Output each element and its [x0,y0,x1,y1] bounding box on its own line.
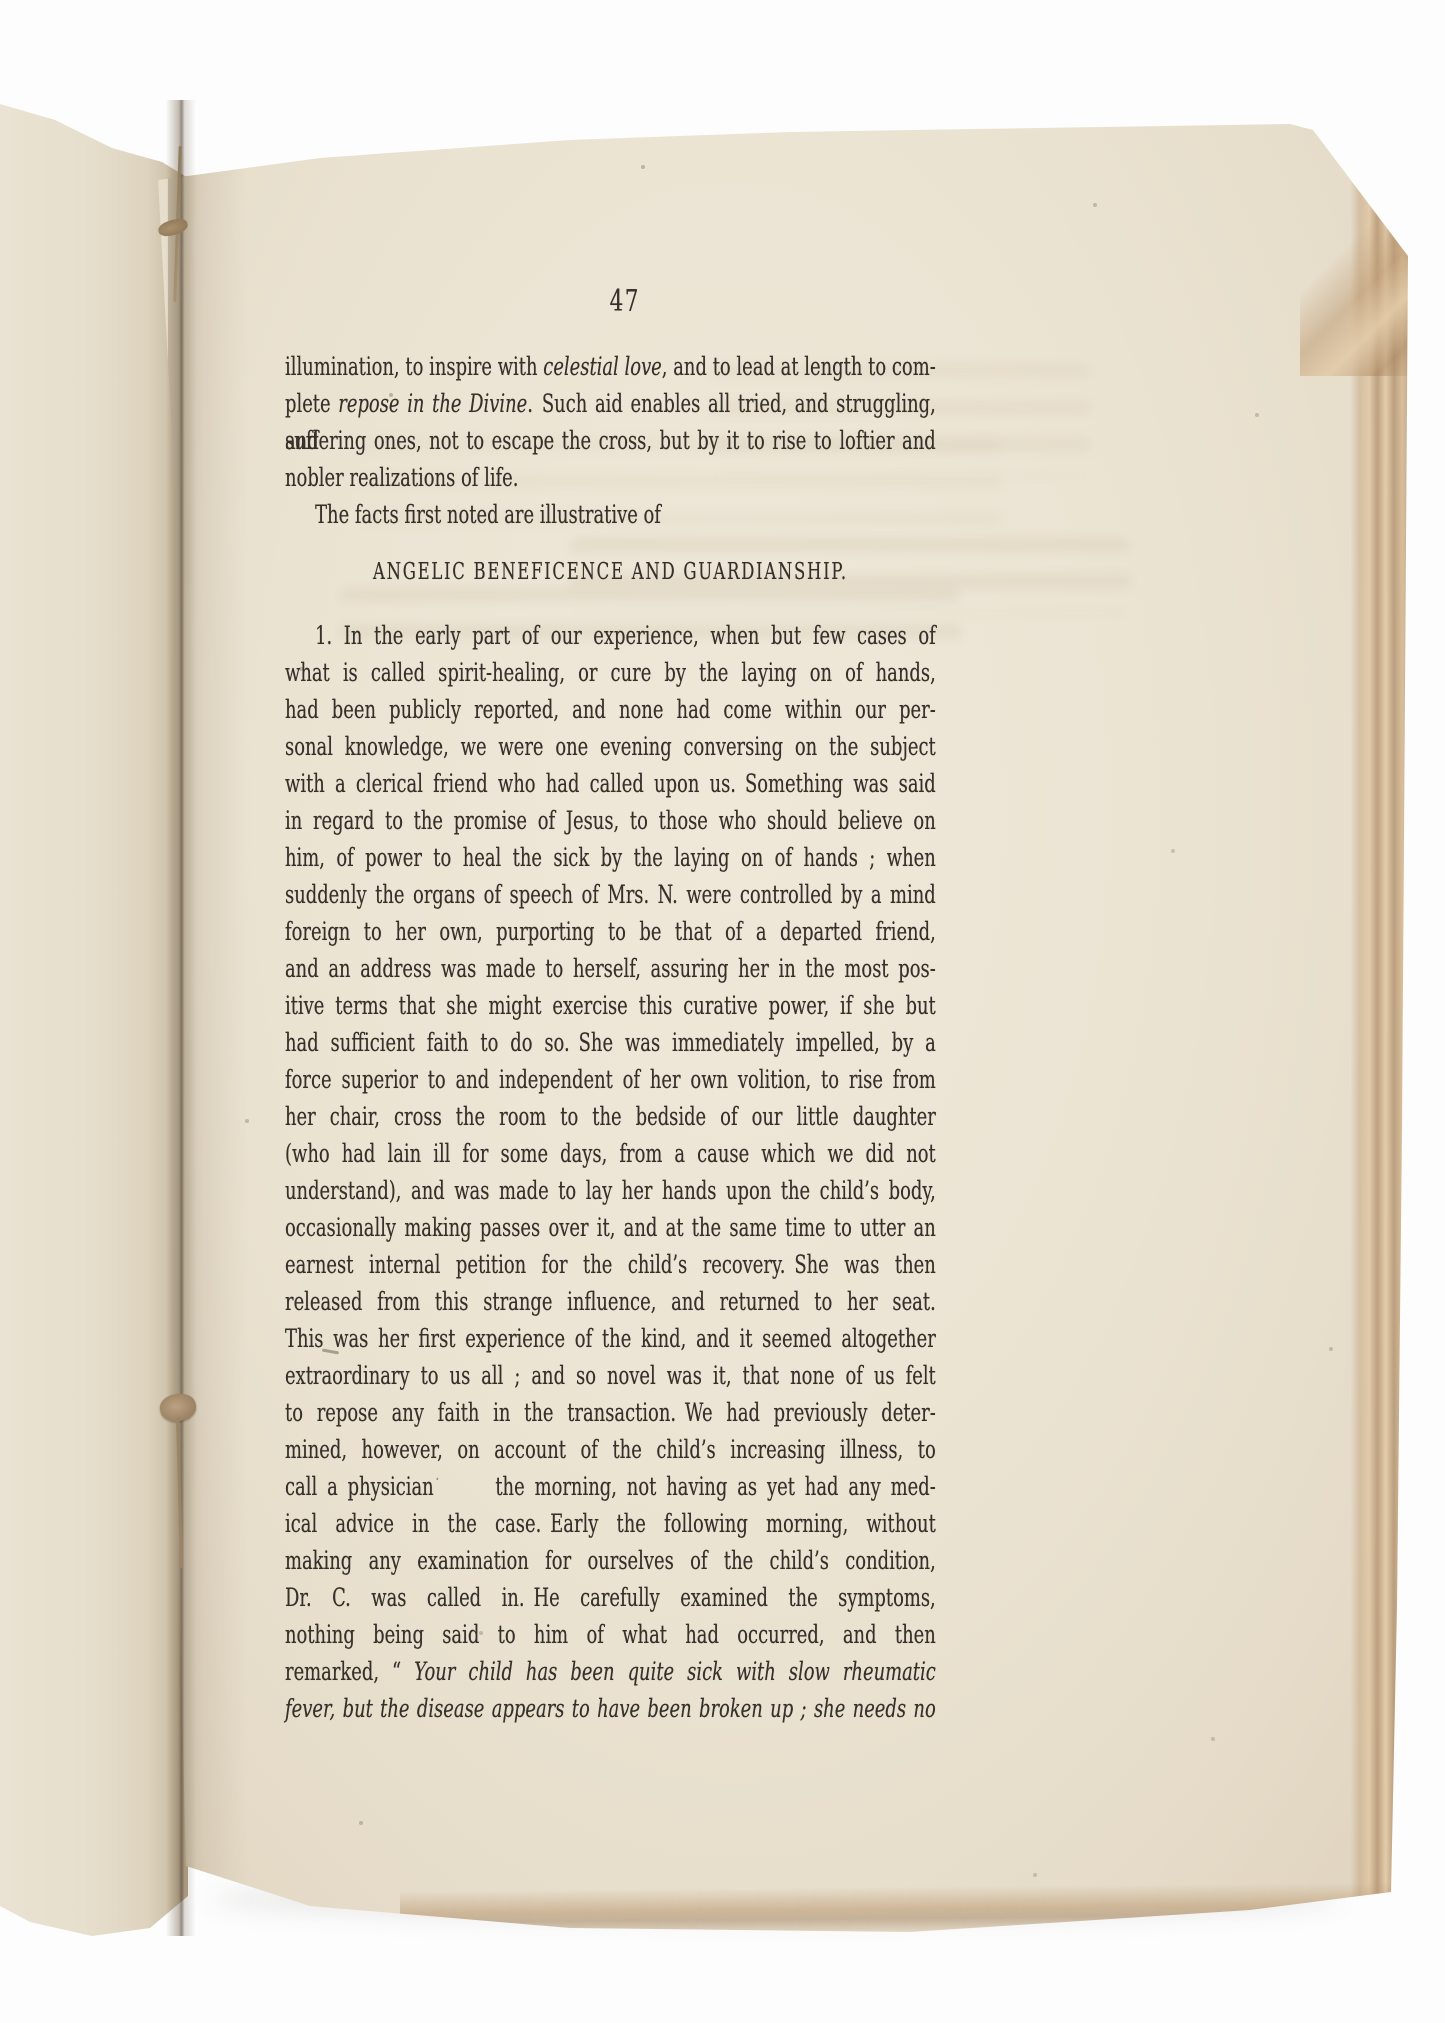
text-line: foreign to her own, purporting to be tha… [285,913,936,950]
italic-text-segment: repose in the Divine [338,389,527,418]
text-segment: plete [285,389,338,418]
text-line: itive terms that she might exercise this… [285,987,936,1024]
text-segment: 1. In the early part of our experience, … [315,621,936,650]
text-line: 1. In the early part of our experience, … [285,617,936,654]
text-segment: the morning, not having as yet had any m… [495,1472,935,1501]
previous-page-edge [0,90,188,1952]
text-segment: sonal knowledge, we were one evening con… [285,732,936,761]
text-segment: , and to lead at length to com- [662,352,936,381]
text-segment: and an address was made to herself, assu… [285,954,936,983]
text-segment: occasionally making passes over it, and … [285,1213,936,1242]
text-segment: him, of power to heal the sick by the la… [285,843,936,872]
text-segment: nothing being said to him of what had oc… [285,1620,936,1649]
text-segment: what is called spirit-healing, or cure b… [285,658,936,687]
text-line: understand), and was made to lay her han… [285,1172,936,1209]
text-segment: suffering ones, not to escape the cross,… [285,426,936,455]
text-line: and an address was made to herself, assu… [285,950,936,987]
text-segment: remarked, “ [285,1657,414,1686]
text-line: plete repose in the Divine. Such aid ena… [285,385,936,422]
text-line: nobler realizations of life. [285,459,936,496]
paper-speckles [150,108,152,110]
book-photo: 47 illumination, to inspire with celesti… [0,0,1445,2023]
text-segment: ˙ [434,1468,496,1505]
text-segment: to repose any faith in the transaction. … [285,1398,936,1427]
text-segment: suddenly the organs of speech of Mrs. N.… [285,880,936,909]
text-segment: understand), and was made to lay her han… [285,1176,936,1205]
text-line: released from this strange influence, an… [285,1283,936,1320]
text-segment: itive terms that she might exercise this… [285,991,936,1020]
text-line: suffering ones, not to escape the cross,… [285,422,936,459]
book-page: 47 illumination, to inspire with celesti… [150,108,1418,1958]
text-block: 47 illumination, to inspire with celesti… [285,283,936,1727]
italic-text-segment: fever, but the disease appears to have b… [285,1694,936,1723]
page-edge-bottom [400,1871,1445,1939]
text-line: suddenly the organs of speech of Mrs. N.… [285,876,936,913]
page-edges-corner [1300,126,1420,376]
text-line: (who had lain ill for some days, from a … [285,1135,936,1172]
text-line: sonal knowledge, we were one evening con… [285,728,936,765]
text-line: earnest internal petition for the child’… [285,1246,936,1283]
binding-gutter [166,100,196,1936]
text-segment: foreign to her own, purporting to be tha… [285,917,936,946]
text-segment: had been publicly reported, and none had… [285,695,936,724]
text-segment: in regard to the promise of Jesus, to th… [285,806,936,835]
text-line: ical advice in the case. Early the follo… [285,1505,936,1542]
text-segment: illumination, to inspire with [285,352,543,381]
text-line: to repose any faith in the transaction. … [285,1394,936,1431]
deckle-smudge [336,142,404,151]
page-number: 47 [285,283,936,320]
text-line: in regard to the promise of Jesus, to th… [285,802,936,839]
text-line: This was her first experience of the kin… [285,1320,936,1357]
text-line: nothing being said to him of what had oc… [285,1616,936,1653]
italic-text-segment: Your child has been quite sick with slow… [414,1657,936,1686]
page-text: illumination, to inspire with celestial … [285,348,936,1727]
text-line: had sufficient faith to do so. She was i… [285,1024,936,1061]
text-line: Dr. C. was called in. He carefully exami… [285,1579,936,1616]
text-line: The facts first noted are illustrative o… [285,496,936,533]
text-segment: Dr. C. was called in. He carefully exami… [285,1583,936,1612]
section-heading: ANGELIC BENEFICENCE AND GUARDIANSHIP. [285,557,936,587]
text-line: making any examination for ourselves of … [285,1542,936,1579]
text-line: with a clerical friend who had called up… [285,765,936,802]
text-line: fever, but the disease appears to have b… [285,1690,936,1727]
text-segment: nobler realizations of life. [285,463,518,492]
text-segment: The facts first noted are illustrative o… [315,500,661,529]
text-line: illumination, to inspire with celestial … [285,348,936,385]
text-line: him, of power to heal the sick by the la… [285,839,936,876]
text-segment: with a clerical friend who had called up… [285,769,936,798]
text-line: occasionally making passes over it, and … [285,1209,936,1246]
text-line: mined, however, on account of the child’… [285,1431,936,1468]
text-line: had been publicly reported, and none had… [285,691,936,728]
text-line: her chair, cross the room to the bedside… [285,1098,936,1135]
text-line: ANGELIC BENEFICENCE AND GUARDIANSHIP. [285,557,936,587]
text-segment: (who had lain ill for some days, from a … [285,1139,936,1168]
text-line: force superior to and independent of her… [285,1061,936,1098]
main-paragraph: 1. In the early part of our experience, … [285,617,936,1727]
text-line: what is called spirit-healing, or cure b… [285,654,936,691]
text-segment: her chair, cross the room to the bedside… [285,1102,936,1131]
italic-text-segment: celestial love [543,352,662,381]
text-segment: ANGELIC BENEFICENCE AND GUARDIANSHIP. [373,559,848,585]
text-segment: had sufficient faith to do so. She was i… [285,1028,936,1057]
text-segment: ical advice in the case. Early the follo… [285,1509,936,1538]
text-segment: earnest internal petition for the child’… [285,1250,936,1279]
text-segment: This was her first experience of the kin… [285,1324,936,1353]
text-line: extraordinary to us all ; and so novel w… [285,1357,936,1394]
intro-paragraph: illumination, to inspire with celestial … [285,348,936,533]
text-segment: released from this strange influence, an… [285,1287,936,1316]
text-segment: mined, however, on account of the child’… [285,1435,936,1464]
text-segment: call a physician [285,1472,434,1501]
text-segment: extraordinary to us all ; and so novel w… [285,1361,936,1390]
text-segment: making any examination for ourselves of … [285,1546,936,1575]
page-edges-right [1296,118,1414,1910]
text-line: remarked, “ Your child has been quite si… [285,1653,936,1690]
text-segment: force superior to and independent of her… [285,1065,936,1094]
text-line: call a physician˙the morning, not having… [285,1468,936,1505]
